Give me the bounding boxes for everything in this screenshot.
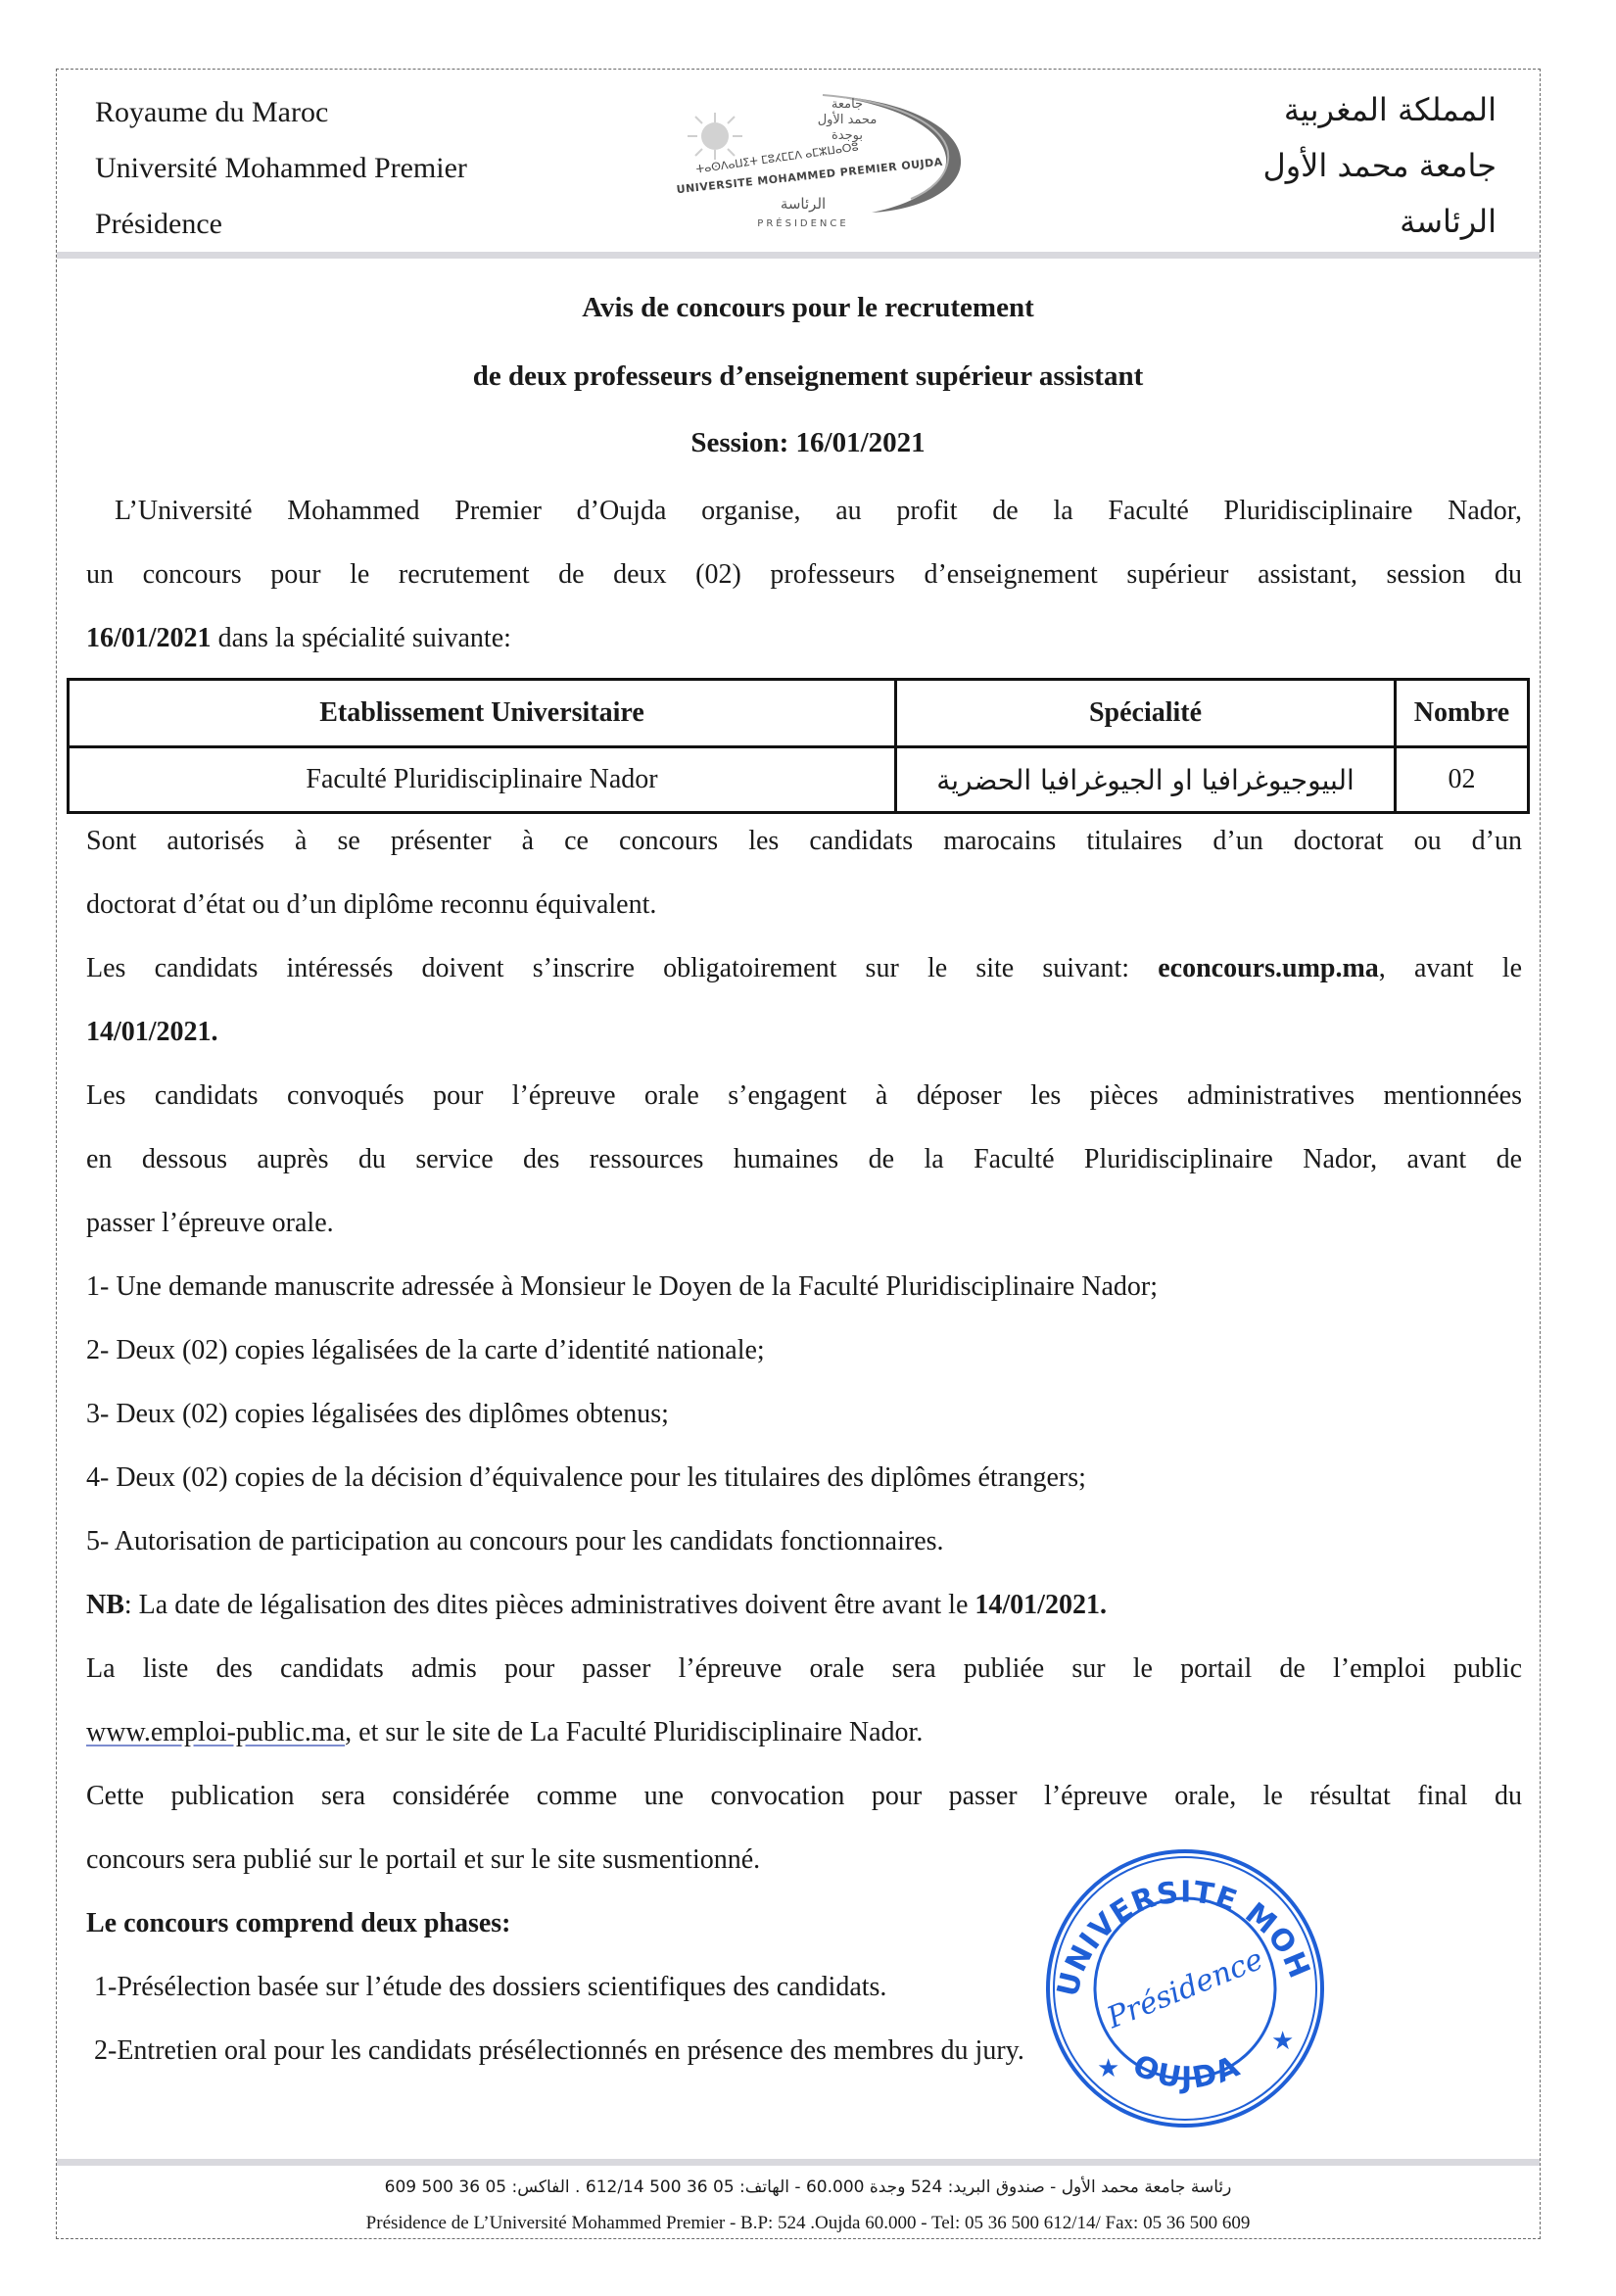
document-item: 3- Deux (02) copies légalisées des diplô… [86,1399,669,1430]
document-item: 5- Autorisation de participation au conc… [86,1526,944,1557]
intro-line-3-text: dans la spécialité suivante: [212,623,511,653]
intro-line-3: 16/01/2021 dans la spécialité suivante: [86,623,511,654]
publication-line-2: www.emploi-public.ma, et sur le site de … [86,1717,923,1748]
notice-title-line-2: de deux professeurs d’enseignement supér… [0,360,1616,393]
header-left-block: Royaume du Maroc Université Mohammed Pre… [95,84,467,252]
kingdom-name-ar: المملكة المغربية [1262,82,1497,138]
table-cell-count: 02 [1397,748,1527,811]
notice-title-line-1: Avis de concours pour le recrutement [0,292,1616,324]
official-stamp: UNIVERSITE MOHAMMED PREMIER OUJDA ★ ★ Pr… [1038,1842,1332,2135]
publication-line-2-text: , et sur le site de La Faculté Pluridisc… [345,1717,923,1747]
registration-deadline: 14/01/2021. [86,1017,218,1048]
eligibility-line-2: doctorat d’état ou d’un diplôme reconnu … [86,889,656,921]
publication-line-3: Cette publication sera considérée comme … [86,1781,1522,1812]
logo-arabic-line-2: محمد الأول [793,113,901,128]
document-item: 4- Deux (02) copies de la décision d’équ… [86,1462,1086,1494]
phase-item: 2-Entretien oral pour les candidats prés… [94,2035,1024,2067]
university-name-fr: Université Mohammed Premier [95,140,467,196]
positions-table: Etablissement Universitaire Spécialité N… [67,678,1530,814]
emploi-public-link[interactable]: www.emploi-public.ma [86,1717,345,1747]
intro-line-1: L’Université Mohammed Premier d’Oujda or… [115,496,1522,527]
header-right-block: المملكة المغربية جامعة محمد الأول الرئاس… [1262,82,1497,250]
eligibility-line-1: Sont autorisés à se présenter à ce conco… [86,826,1522,857]
svg-text:★: ★ [1271,2027,1294,2056]
registration-site-link[interactable]: econcours.ump.ma [1158,953,1379,983]
logo-presidence-fr: PRÉSIDENCE [676,218,930,229]
publication-line-1: La liste des candidats admis pour passer… [86,1653,1522,1685]
table-cell-establishment: Faculté Pluridisciplinaire Nador [70,748,894,811]
header-divider [57,252,1540,259]
nb-label: NB [86,1590,124,1620]
footer-address-ar: رئاسة جامعة محمد الأول - صندوق البريد: 5… [0,2177,1616,2197]
registration-text-end: , avant le [1379,953,1522,983]
university-logo: جامعة محمد الأول بوجدة ⵜⴰⵙⴷⴰⵡⵉⵜ ⵎⵓⵃⵎⵎⴷ ⴰ… [676,93,1009,240]
svg-text:★: ★ [1097,2054,1119,2083]
documents-intro-line-3: passer l’épreuve orale. [86,1208,334,1239]
nb-note: NB: La date de légalisation des dites pi… [86,1590,1107,1621]
office-name-ar: الرئاسة [1262,194,1497,250]
table-header-establishment: Etablissement Universitaire [70,681,894,745]
documents-intro-line-2: en dessous auprès du service des ressour… [86,1144,1522,1175]
footer-address-fr: Présidence de L’Université Mohammed Prem… [0,2213,1616,2234]
document-item: 2- Deux (02) copies légalisées de la car… [86,1335,765,1366]
stamp-signature: Présidence [1102,1942,1268,2036]
university-name-ar: جامعة محمد الأول [1262,138,1497,194]
nb-date: 14/01/2021. [974,1590,1107,1620]
session-date: Session: 16/01/2021 [0,427,1616,459]
logo-arabic-line-1: جامعة [793,97,901,113]
university-seal-icon: UNIVERSITE MOHAMMED PREMIER OUJDA ★ ★ Pr… [1038,1842,1332,2135]
intro-line-2: un concours pour le recrutement de deux … [86,559,1522,591]
footer-divider [57,2159,1540,2166]
registration-line-1: Les candidats intéressés doivent s’inscr… [86,953,1522,984]
table-cell-specialty: البيوجيوغرافيا او الجيوغرافيا الحضرية [897,748,1394,811]
phase-item: 1-Présélection basée sur l’étude des dos… [94,1972,886,2003]
publication-line-4: concours sera publié sur le portail et s… [86,1844,760,1876]
deadline-date: 14/01/2021. [86,1017,218,1047]
nb-text: : La date de légalisation des dites pièc… [124,1590,974,1620]
phases-heading: Le concours comprend deux phases: [86,1908,511,1939]
kingdom-name-fr: Royaume du Maroc [95,84,467,140]
table-header-count: Nombre [1397,681,1527,745]
document-item: 1- Une demande manuscrite adressée à Mon… [86,1271,1158,1303]
office-name-fr: Présidence [95,196,467,252]
stamp-bottom-text: OUJDA [1127,2048,1246,2095]
logo-presidence-ar: الرئاسة [676,195,930,213]
documents-intro-line-1: Les candidats convoqués pour l’épreuve o… [86,1080,1522,1112]
table-header-specialty: Spécialité [897,681,1394,745]
registration-text: Les candidats intéressés doivent s’inscr… [86,953,1158,983]
svg-text:OUJDA: OUJDA [1127,2048,1246,2095]
session-date-inline: 16/01/2021 [86,623,212,653]
